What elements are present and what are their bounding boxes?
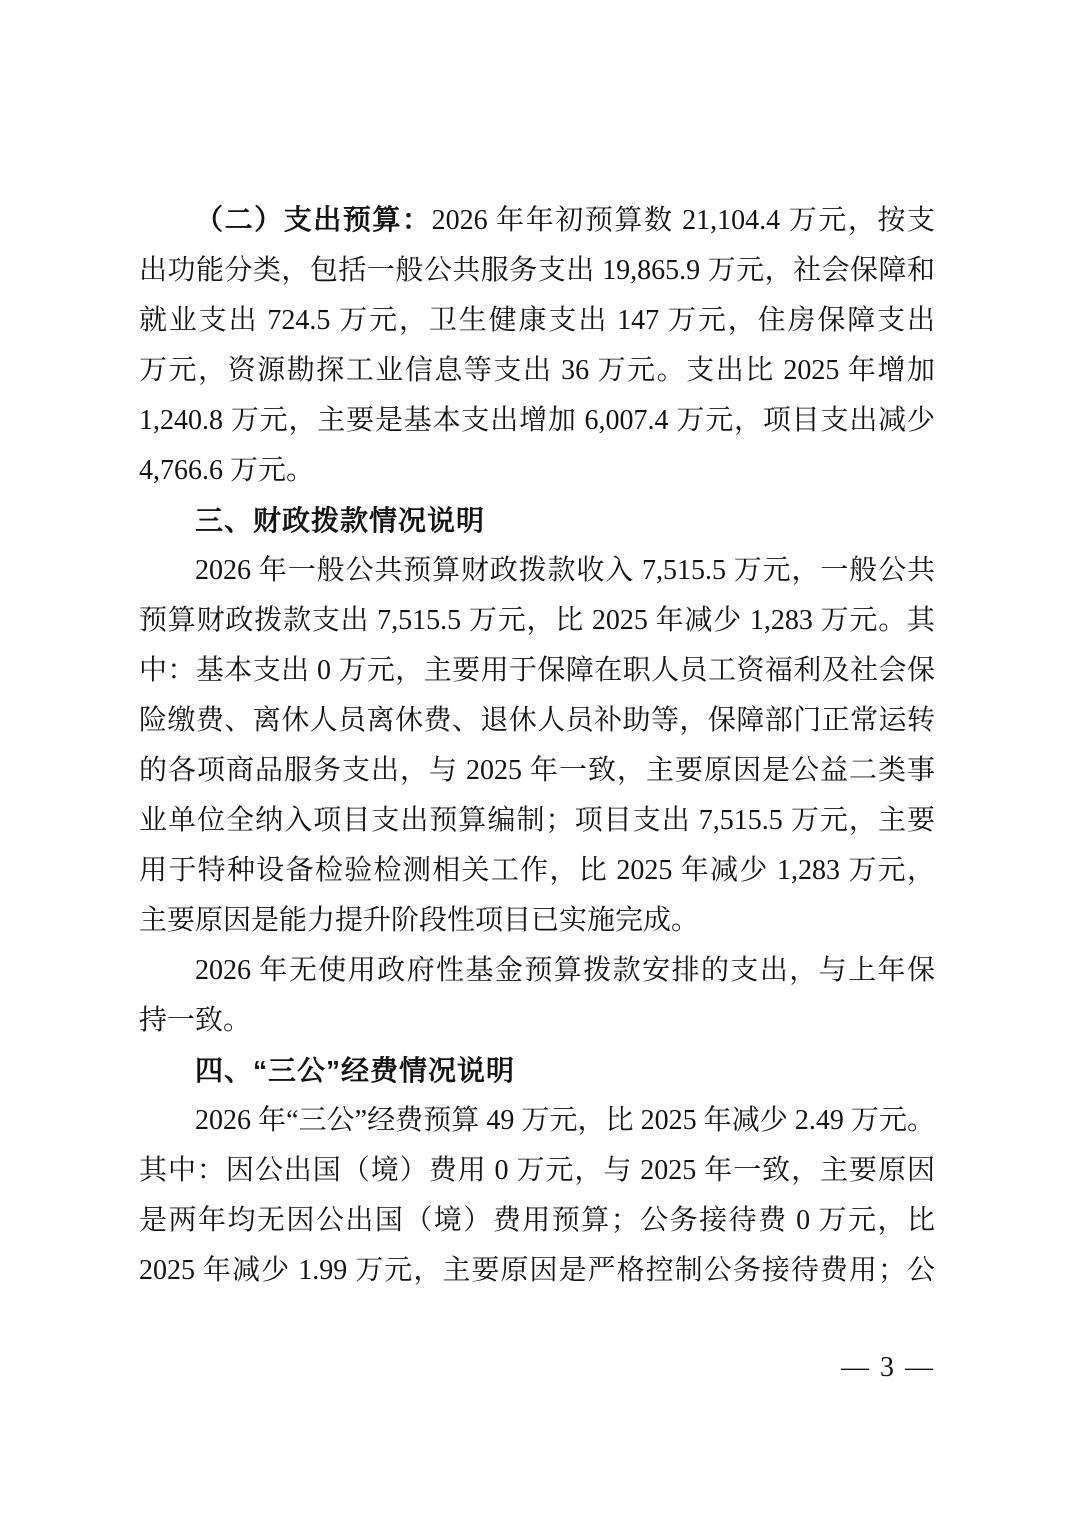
section-heading: 四、“三公”经费情况说明 (139, 1046, 935, 1096)
text-line: 业单位全纳入项目支出预算编制；项目支出 7,515.5 万元，主要 (139, 796, 935, 846)
text-line: 2026 年“三公”经费预算 49 万元，比 2025 年减少 2.49 万元。 (139, 1096, 935, 1146)
text-line: 其中：因公出国（境）费用 0 万元，与 2025 年一致，主要原因 (139, 1146, 935, 1196)
text-line: （二）支出预算：2026 年年初预算数 21,104.4 万元，按支 (139, 196, 935, 246)
text-line: 用于特种设备检验检测相关工作，比 2025 年减少 1,283 万元， (139, 846, 935, 896)
text-line: 2026 年无使用政府性基金预算拨款安排的支出，与上年保 (139, 946, 935, 996)
text-line: 预算财政拨款支出 7,515.5 万元，比 2025 年减少 1,283 万元。… (139, 596, 935, 646)
document-page: （二）支出预算：2026 年年初预算数 21,104.4 万元，按支出功能分类，… (0, 0, 1074, 1520)
text-line: 万元，资源勘探工业信息等支出 36 万元。支出比 2025 年增加 (139, 346, 935, 396)
paragraph-lead: （二）支出预算： (195, 205, 432, 236)
text-line: 2026 年一般公共预算财政拨款收入 7,515.5 万元，一般公共 (139, 546, 935, 596)
text-line: 出功能分类，包括一般公共服务支出 19,865.9 万元，社会保障和 (139, 246, 935, 296)
text-line: 是两年均无因公出国（境）费用预算；公务接待费 0 万元，比 (139, 1196, 935, 1246)
section-heading: 三、财政拨款情况说明 (139, 496, 935, 546)
text-line: 4,766.6 万元。 (139, 446, 935, 496)
text-line: 的各项商品服务支出，与 2025 年一致，主要原因是公益二类事 (139, 746, 935, 796)
text-line: 1,240.8 万元，主要是基本支出增加 6,007.4 万元，项目支出减少 (139, 396, 935, 446)
text-line: 2025 年减少 1.99 万元，主要原因是严格控制公务接待费用；公 (139, 1246, 935, 1296)
text-line: 险缴费、离休人员离休费、退休人员补助等，保障部门正常运转 (139, 696, 935, 746)
text-line: 就业支出 724.5 万元，卫生健康支出 147 万元，住房保障支出 331 (139, 296, 935, 346)
text-line: 中：基本支出 0 万元，主要用于保障在职人员工资福利及社会保 (139, 646, 935, 696)
document-body: （二）支出预算：2026 年年初预算数 21,104.4 万元，按支出功能分类，… (139, 196, 935, 1296)
text-line: 持一致。 (139, 996, 935, 1046)
page-number: — 3 — (841, 1348, 935, 1388)
text-line: 主要原因是能力提升阶段性项目已实施完成。 (139, 896, 935, 946)
